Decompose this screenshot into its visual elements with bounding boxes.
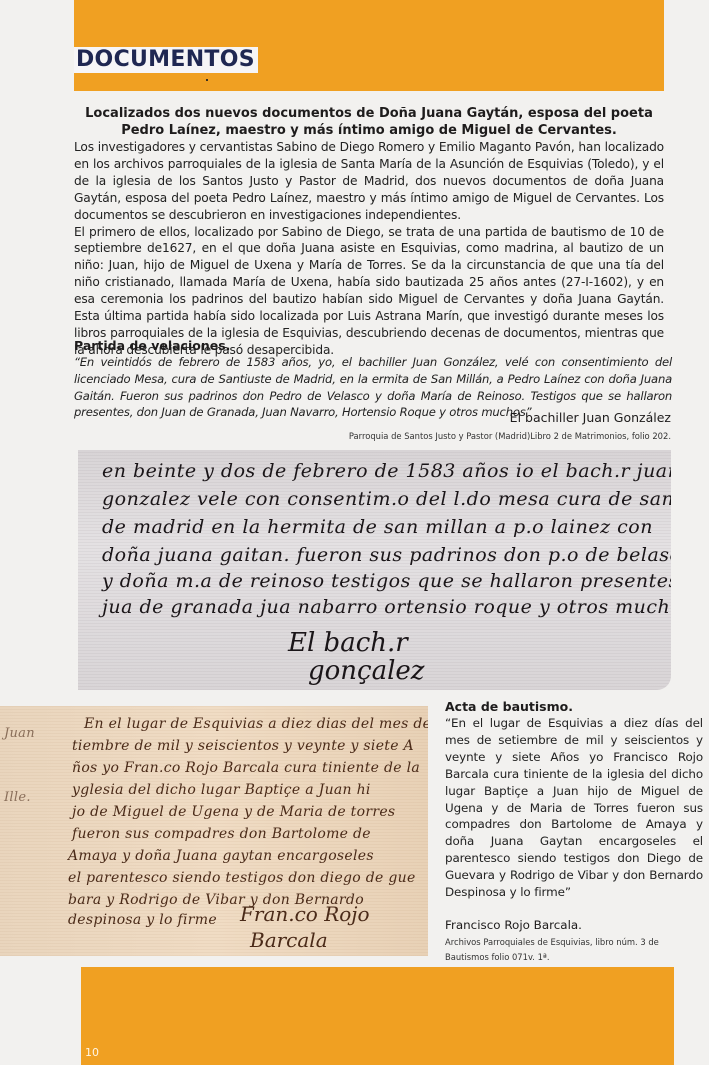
page-number: 10 xyxy=(85,1046,99,1060)
headline-line-1: Localizados dos nuevos documentos de Doñ… xyxy=(74,105,664,122)
manuscript-margin-note: Juan xyxy=(4,726,35,741)
article-paragraph: Los investigadores y cervantistas Sabino… xyxy=(74,139,664,224)
manuscript-image-velaciones: en beinte y dos de febrero de 1583 años … xyxy=(78,450,671,690)
manuscript-line: Amaya y doña Juana gaytan encargoseles xyxy=(68,848,374,864)
article-body: Los investigadores y cervantistas Sabino… xyxy=(74,139,664,359)
header-accent-bar xyxy=(74,0,664,91)
footer-accent-bar xyxy=(81,967,674,1065)
section-title: DOCUMENTOS xyxy=(74,47,258,73)
manuscript-signature: El bach.r xyxy=(288,628,408,658)
bautismo-quote: “En el lugar de Esquivias a diez días de… xyxy=(445,715,703,901)
manuscript-signature: Fran.co Rojo xyxy=(240,902,370,926)
manuscript-line: despinosa y lo firme xyxy=(68,912,217,928)
manuscript-line: y doña m.a de reinoso testigos que se ha… xyxy=(102,570,671,592)
article-headline: Localizados dos nuevos documentos de Doñ… xyxy=(74,105,664,139)
manuscript-line: el parentesco siendo testigos don diego … xyxy=(68,870,416,886)
manuscript-line: En el lugar de Esquivias a diez dias del… xyxy=(84,716,428,732)
manuscript-line: de madrid en la hermita de san millan a … xyxy=(102,516,653,538)
velaciones-signature: El bachiller Juan González xyxy=(510,410,671,426)
manuscript-signature: Barcala xyxy=(250,928,328,952)
headline-line-2: Pedro Laínez, maestro y más íntimo amigo… xyxy=(74,122,664,139)
manuscript-line: ños yo Fran.co Rojo Barcala cura tinient… xyxy=(72,760,420,776)
bautismo-signature: Francisco Rojo Barcala. xyxy=(445,917,703,933)
manuscript-line: fueron sus compadres don Bartolome de xyxy=(72,826,371,842)
bautismo-heading: Acta de bautismo. xyxy=(445,699,703,715)
velaciones-source-caption: Parroquia de Santos Justo y Pastor (Madr… xyxy=(349,430,671,442)
manuscript-line: jo de Miguel de Ugena y de Maria de torr… xyxy=(72,804,395,820)
velaciones-heading: Partida de velaciones. xyxy=(74,338,230,354)
manuscript-line: yglesia del dicho lugar Baptiçe a Juan h… xyxy=(72,782,371,798)
manuscript-margin-note: Ille. xyxy=(4,790,31,805)
manuscript-line: en beinte y dos de febrero de 1583 años … xyxy=(102,460,671,482)
bautismo-column: Acta de bautismo. “En el lugar de Esquiv… xyxy=(445,699,703,965)
manuscript-signature: gonçalez xyxy=(308,656,425,686)
bautismo-source-caption: Archivos Parroquiales de Esquivias, libr… xyxy=(445,935,703,965)
manuscript-line: tiembre de mil y seiscientos y veynte y … xyxy=(72,738,414,754)
manuscript-line: gonzalez vele con consentim.o del l.do m… xyxy=(102,488,671,510)
manuscript-line: doña juana gaitan. fueron sus padrinos d… xyxy=(102,544,671,566)
manuscript-line: jua de granada jua nabarro ortensio roqu… xyxy=(102,596,671,618)
manuscript-image-bautismo: Juan Ille. En el lugar de Esquivias a di… xyxy=(0,706,428,956)
decorative-dot xyxy=(206,79,208,81)
